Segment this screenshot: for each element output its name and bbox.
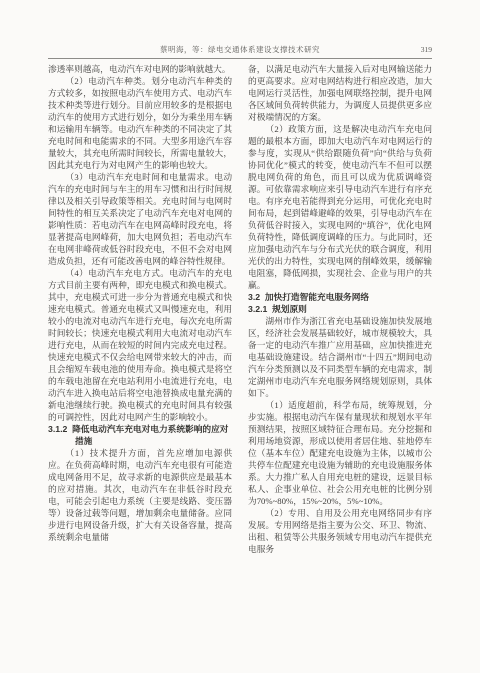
section-heading-3-2: 3.2加快打造智能充电服务网络: [248, 291, 432, 303]
section-number: 3.1.2: [48, 424, 67, 434]
paragraph: （1）技术提升方面，首先应增加电源供应。在负荷高峰时期，电动汽车充电很有可能造成…: [48, 447, 232, 543]
left-column: 渗透率则越高，电动汽车对电网的影响就越大。 （2）电动汽车种类。划分电动汽车种类…: [48, 63, 232, 555]
paper-page: 蔡明海，等：绿电交通体系建设支撑技术研究 319 渗透率则越高，电动汽车对电网的…: [0, 0, 480, 673]
page-number: 319: [421, 44, 432, 55]
running-title: 蔡明海，等：绿电交通体系建设支撑技术研究: [160, 45, 320, 54]
section-heading-3-2-1: 3.2.1规划原则: [248, 303, 432, 315]
paragraph: （2）专用、自用及公用充电网络同步有序发展。专用网络是指主要为公交、环卫、物流、…: [248, 507, 432, 555]
paragraph: （2）政策方面，这是解决电动汽车充电问题的最根本方面，即加大电动汽车对电网运行的…: [248, 123, 432, 291]
section-number: 3.2.1: [248, 304, 267, 314]
paragraph: 渗透率则越高，电动汽车对电网的影响就越大。: [48, 63, 232, 75]
section-title: 降低电动汽车充电对电力系统影响的应对措施: [72, 424, 228, 446]
right-column: 备，以满足电动汽车大量接入后对电网输送能力的更高要求。应对电网结构进行相应改造，…: [248, 63, 432, 555]
paragraph: （4）电动汽车充电方式。电动汽车的充电方式目前主要有两种，即充电模式和换电模式。…: [48, 267, 232, 423]
section-title: 加快打造智能充电服务网络: [265, 292, 369, 302]
paragraph: （1）适度超前，科学布局，统筹规划，分步实施。根据电动汽车保有量现状和规划水平年…: [248, 399, 432, 507]
paragraph: 备，以满足电动汽车大量接入后对电网输送能力的更高要求。应对电网结构进行相应改造，…: [248, 63, 432, 123]
running-header: 蔡明海，等：绿电交通体系建设支撑技术研究 319: [48, 44, 432, 55]
section-title: 规划原则: [272, 304, 307, 314]
header-rule: [48, 58, 432, 59]
section-number: 3.2: [248, 292, 260, 302]
paragraph: （2）电动汽车种类。划分电动汽车种类的方式较多，如按照电动汽车使用方式、电动汽车…: [48, 75, 232, 171]
two-column-body: 渗透率则越高，电动汽车对电网的影响就越大。 （2）电动汽车种类。划分电动汽车种类…: [48, 63, 432, 555]
paragraph: 湖州市作为浙江省充电基础设施加快发展地区，经济社会发展基础较好，城市规模较大，具…: [248, 315, 432, 399]
paragraph: （3）电动汽车充电时间和电量需求。电动汽车的充电时间与车主的用车习惯和出行时间规…: [48, 171, 232, 267]
section-heading-3-1-2: 3.1.2降低电动汽车充电对电力系统影响的应对措施: [48, 423, 232, 447]
